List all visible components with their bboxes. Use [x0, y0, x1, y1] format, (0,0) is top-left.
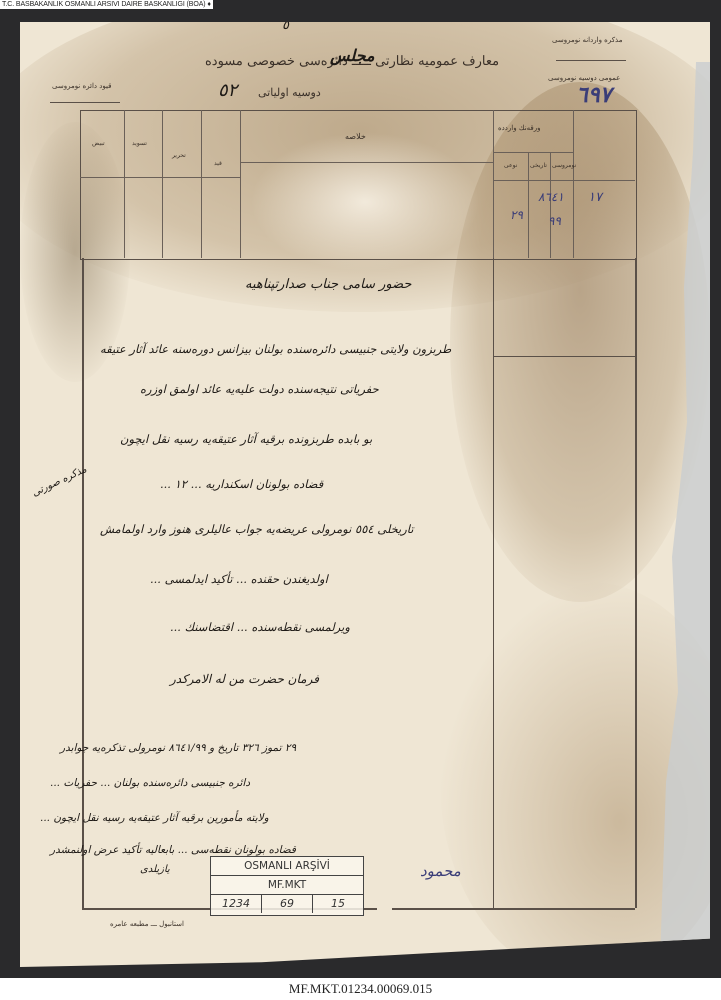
col-number: نومروسی	[552, 162, 576, 169]
table-divider	[124, 110, 125, 258]
table-divider	[528, 152, 529, 258]
right-border	[635, 258, 637, 908]
stamp-item: 15	[313, 895, 363, 913]
archive-watermark: T.C. BASBAKANLIK OSMANLI ARSIVI DAIRE BA…	[0, 0, 213, 9]
col-type: نوعی	[504, 162, 517, 169]
body-line-7: ویرلمسی نقطه‌سنده ... اقتضاسنك ...	[170, 620, 350, 634]
col-record: قید	[214, 160, 222, 167]
body-line-5: تاریخلی ٥٥٤ نومرولی عریضه‌یه جواب عالیلر…	[100, 522, 414, 536]
torn-paper-edge	[660, 62, 710, 962]
table-divider	[493, 152, 573, 153]
stamp-title: OSMANLI ARŞİVİ	[211, 857, 363, 876]
col-writing: تحریر	[172, 152, 186, 159]
stamp-dossier: 1234	[211, 895, 262, 913]
entry-number: ٨٦٤١	[538, 190, 564, 204]
body-line-1: طربزون ولایتی جنبیسی دائره‌سنده بولنان ب…	[100, 342, 451, 356]
dossier-label: دوسیه اولیاتی	[258, 86, 321, 99]
col-draft: تسوید	[132, 140, 147, 147]
body-line-3: بو بابده طربزونده برقیه آثار عتیقه‌یه رس…	[120, 432, 372, 446]
table-divider	[550, 152, 551, 258]
underline	[556, 60, 626, 61]
table-divider	[240, 162, 493, 163]
general-dossier-number: ٦٩٧	[576, 82, 611, 108]
lower-line-3: ولایته مأمورین برقیه آثار عتیقه‌یه رسیه …	[40, 812, 269, 824]
left-border	[82, 258, 84, 908]
salutation: حضور سامی جناب صدارتپناهیه	[245, 277, 411, 292]
signature: محمود	[420, 862, 461, 880]
closing-formula: فرمان حضرت من له الامرکدر	[170, 672, 319, 686]
document-reference-caption: MF.MKT.01234.00069.015	[0, 978, 721, 1000]
col-date: تاریخی	[530, 162, 547, 169]
table-divider	[573, 110, 574, 258]
summary-label: خلاصه	[345, 132, 366, 141]
top-mark: ٥	[282, 22, 289, 33]
stamp-collection: MF.MKT	[211, 876, 363, 895]
printer-mark: استانبول ـــ مطبعه عامره	[110, 920, 184, 928]
archive-stamp: OSMANLI ARŞİVİ MF.MKT 1234 69 15	[210, 856, 364, 916]
left-register-label: قیود دائره نومروسی	[52, 82, 111, 90]
col-clean-copy: تبیض	[92, 140, 105, 147]
lower-line-4: قضاده بولونان نقطه‌سی ... بابعالیه تأکید…	[50, 844, 296, 856]
table-divider	[201, 110, 202, 258]
table-divider	[162, 110, 163, 258]
bottom-rule	[392, 908, 635, 910]
initials-note: یازیلدی	[140, 864, 170, 875]
dossier-number: ٥٢	[218, 80, 237, 101]
body-line-2: حفریاتی نتیجه‌سنده دولت علیه‌یه عائد اول…	[140, 382, 379, 396]
table-divider	[80, 177, 240, 178]
entry-year: ٩٩	[548, 214, 561, 228]
document-page: ٥ معارف عمومیه نظارتی ـــــ دائره‌سی خصو…	[20, 22, 710, 967]
department-handwritten: مجلس	[330, 46, 375, 65]
entry-register: ١٧	[588, 190, 602, 205]
margin-divider	[493, 356, 635, 357]
table-divider	[240, 110, 241, 258]
lower-line-2: دائره جنبیسی دائره‌سنده بولنان ... حفریا…	[50, 777, 250, 789]
entry-date: ٢٩	[510, 208, 523, 222]
incoming-label: ورقه‌نك واردده	[498, 124, 541, 132]
incoming-register-label: مذکره واردانه نومروسی	[552, 36, 622, 44]
marginal-note: مذکره صورتی	[30, 464, 88, 499]
stamp-folder: 69	[262, 895, 313, 913]
table-divider	[493, 180, 635, 181]
underline	[50, 102, 120, 103]
stamp-reference-row: 1234 69 15	[211, 895, 363, 913]
body-line-4: قضاده بولونان اسکنداریه ... ١٢ ...	[160, 477, 323, 491]
general-dossier-label: عمومی دوسیه نومروسی	[548, 74, 620, 82]
body-line-6: اولدیغندن حقنده ... تأکید ایدلمسی ...	[150, 572, 328, 586]
table-divider	[493, 110, 494, 258]
lower-line-1: ٢٩ تموز ٣٢٦ تاریخ و ٨٦٤١/٩٩ نومرولی تذکر…	[60, 742, 296, 754]
